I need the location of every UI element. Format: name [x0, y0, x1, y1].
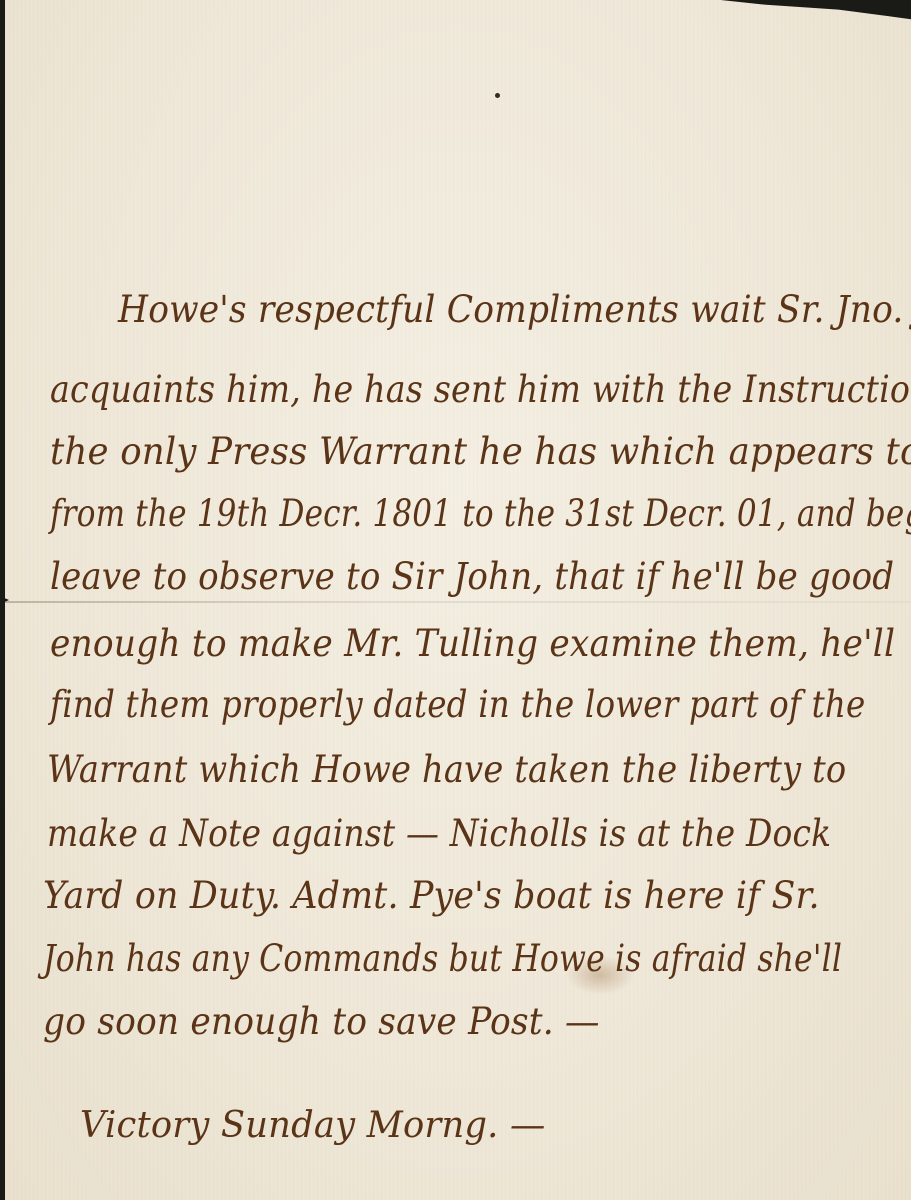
letter-line-12: go soon enough to save Post. — — [43, 1000, 600, 1043]
letter-line-1: Howe's respectful Compliments wait Sr. J… — [118, 288, 911, 331]
letter-line-4: from the 19th Decr. 1801 to the 31st Dec… — [50, 492, 911, 535]
letter-line-6: enough to make Mr. Tulling examine them,… — [50, 622, 895, 665]
letter-line-5: leave to observe to Sir John, that if he… — [50, 555, 894, 598]
letter-line-8: Warrant which Howe have taken the libert… — [47, 748, 846, 791]
letter-line-10: Yard on Duty. Admt. Pye's boat is here i… — [43, 874, 820, 917]
letter-line-9: make a Note against — Nicholls is at the… — [47, 812, 831, 855]
letter-closing: Victory Sunday Morng. — — [80, 1105, 545, 1146]
letter-body: Howe's respectful Compliments wait Sr. J… — [5, 0, 911, 1200]
letter-line-11: John has any Commands but Howe is afraid… — [43, 937, 842, 980]
letter-line-7: find them properly dated in the lower pa… — [50, 683, 866, 726]
letter-line-3: the only Press Warrant he has which appe… — [50, 430, 911, 473]
letter-page: Howe's respectful Compliments wait Sr. J… — [5, 0, 911, 1200]
letter-line-2: acquaints him, he has sent him with the … — [50, 368, 911, 411]
